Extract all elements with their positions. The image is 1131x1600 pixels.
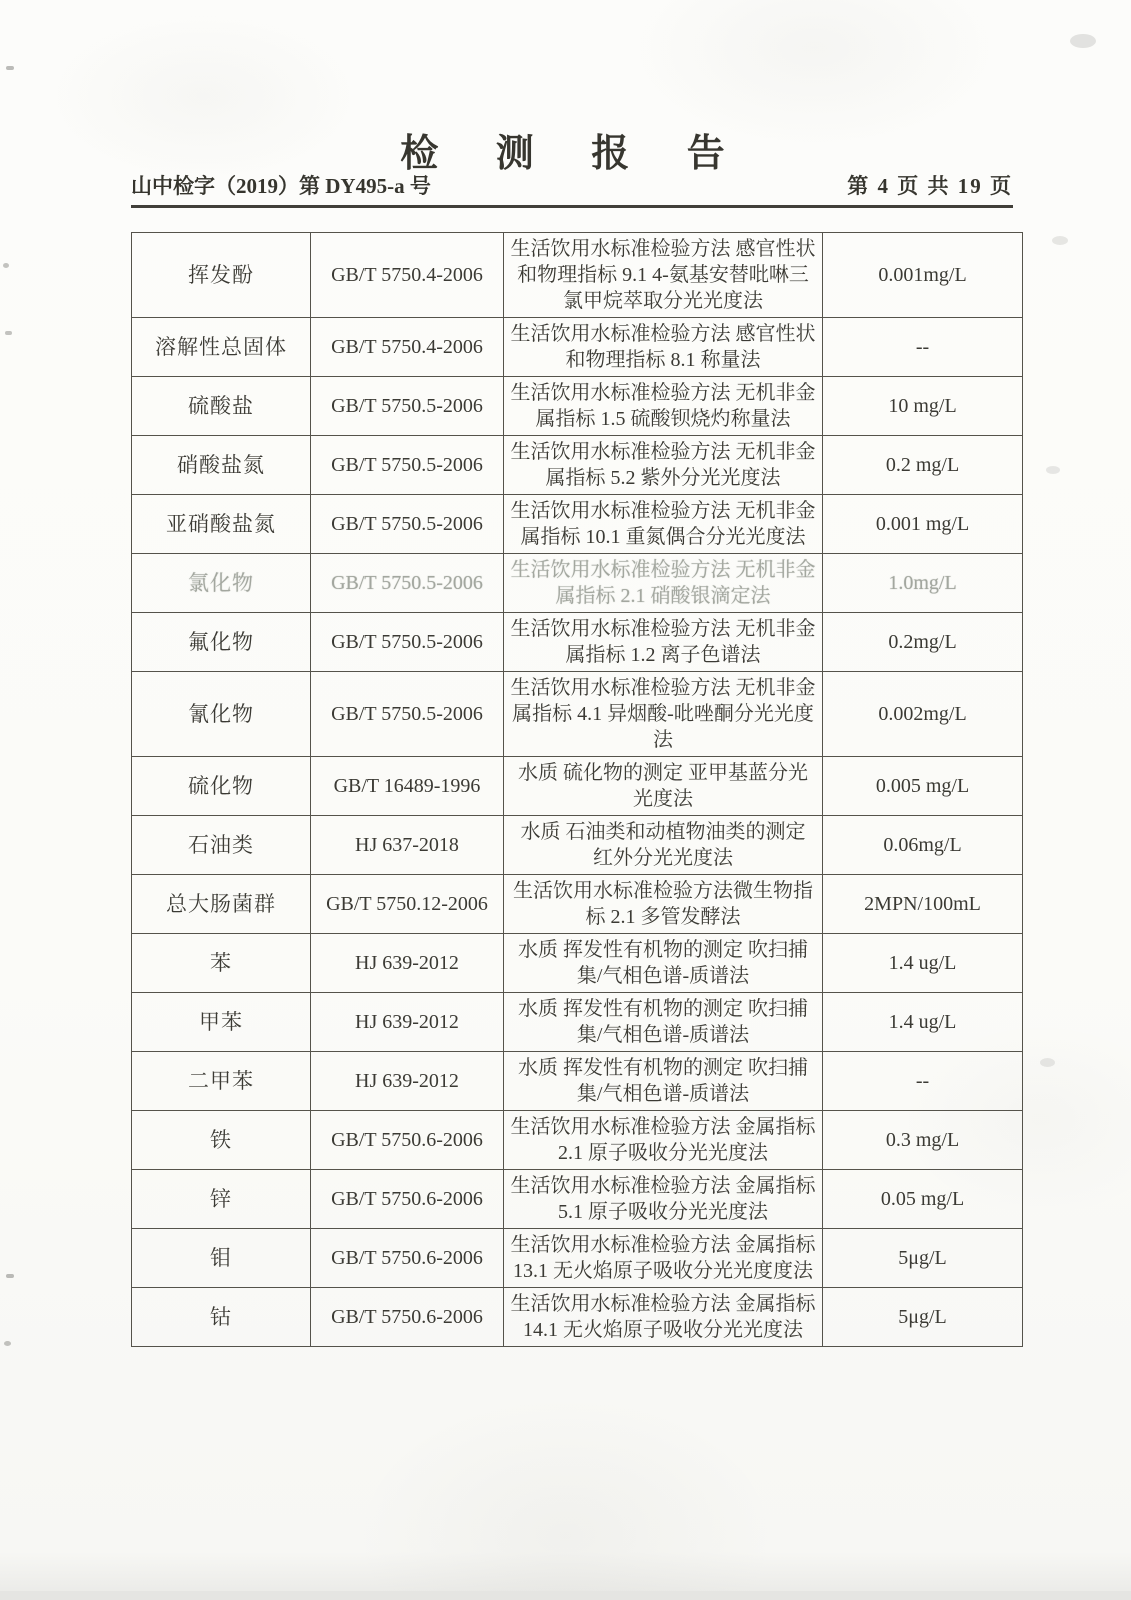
standard-number-cell: HJ 639-2012: [311, 993, 504, 1052]
detection-limit-cell: 0.001mg/L: [823, 233, 1023, 318]
standard-number-cell: HJ 637-2018: [311, 816, 504, 875]
table-row: 甲苯 HJ 639-2012 水质 挥发性有机物的测定 吹扫捕集/气相色谱-质谱…: [132, 993, 1023, 1052]
scan-artifact: [1040, 1058, 1055, 1067]
detection-limit-cell: --: [823, 318, 1023, 377]
table-row: 钼 GB/T 5750.6-2006 生活饮用水标准检验方法 金属指标 13.1…: [132, 1229, 1023, 1288]
standard-number-cell: GB/T 5750.5-2006: [311, 613, 504, 672]
parameter-name-cell: 锌: [132, 1170, 311, 1229]
table-row: 氟化物 GB/T 5750.5-2006 生活饮用水标准检验方法 无机非金属指标…: [132, 613, 1023, 672]
table-row: 溶解性总固体 GB/T 5750.4-2006 生活饮用水标准检验方法 感官性状…: [132, 318, 1023, 377]
test-method-cell: 生活饮用水标准检验方法微生物指标 2.1 多管发酵法: [504, 875, 823, 934]
test-results-table: 挥发酚 GB/T 5750.4-2006 生活饮用水标准检验方法 感官性状和物理…: [131, 232, 1023, 1347]
test-method-cell: 生活饮用水标准检验方法 金属指标 13.1 无火焰原子吸收分光光度度法: [504, 1229, 823, 1288]
standard-number-cell: GB/T 5750.6-2006: [311, 1170, 504, 1229]
test-method-cell: 生活饮用水标准检验方法 无机非金属指标 2.1 硝酸银滴定法: [504, 554, 823, 613]
test-method-cell: 生活饮用水标准检验方法 感官性状和物理指标 8.1 称量法: [504, 318, 823, 377]
detection-limit-cell: 5μg/L: [823, 1288, 1023, 1347]
parameter-name-cell: 氰化物: [132, 672, 311, 757]
table-row: 氰化物 GB/T 5750.5-2006 生活饮用水标准检验方法 无机非金属指标…: [132, 672, 1023, 757]
scan-artifact: [6, 66, 14, 70]
parameter-name-cell: 总大肠菌群: [132, 875, 311, 934]
parameter-name-cell: 溶解性总固体: [132, 318, 311, 377]
table-row: 锌 GB/T 5750.6-2006 生活饮用水标准检验方法 金属指标 5.1 …: [132, 1170, 1023, 1229]
standard-number-cell: GB/T 5750.4-2006: [311, 318, 504, 377]
scan-edge-shadow: [0, 1591, 1131, 1600]
table-row: 挥发酚 GB/T 5750.4-2006 生活饮用水标准检验方法 感官性状和物理…: [132, 233, 1023, 318]
test-method-cell: 水质 挥发性有机物的测定 吹扫捕集/气相色谱-质谱法: [504, 993, 823, 1052]
test-method-cell: 生活饮用水标准检验方法 无机非金属指标 1.5 硫酸钡烧灼称量法: [504, 377, 823, 436]
test-method-cell: 生活饮用水标准检验方法 感官性状和物理指标 9.1 4-氨基安替吡啉三氯甲烷萃取…: [504, 233, 823, 318]
standard-number-cell: GB/T 5750.5-2006: [311, 672, 504, 757]
scan-artifact: [1046, 466, 1060, 474]
parameter-name-cell: 硫酸盐: [132, 377, 311, 436]
test-method-cell: 生活饮用水标准检验方法 无机非金属指标 1.2 离子色谱法: [504, 613, 823, 672]
page-number-indicator: 第 4 页 共 19 页: [847, 170, 1013, 200]
parameter-name-cell: 氟化物: [132, 613, 311, 672]
parameter-name-cell: 亚硝酸盐氮: [132, 495, 311, 554]
standard-number-cell: GB/T 5750.5-2006: [311, 554, 504, 613]
test-method-cell: 生活饮用水标准检验方法 金属指标 5.1 原子吸收分光光度法: [504, 1170, 823, 1229]
detection-limit-cell: 1.0mg/L: [823, 554, 1023, 613]
detection-limit-cell: 0.2 mg/L: [823, 436, 1023, 495]
detection-limit-cell: 2MPN/100mL: [823, 875, 1023, 934]
table-row: 亚硝酸盐氮 GB/T 5750.5-2006 生活饮用水标准检验方法 无机非金属…: [132, 495, 1023, 554]
parameter-name-cell: 挥发酚: [132, 233, 311, 318]
detection-limit-cell: 0.005 mg/L: [823, 757, 1023, 816]
table-row: 硫酸盐 GB/T 5750.5-2006 生活饮用水标准检验方法 无机非金属指标…: [132, 377, 1023, 436]
standard-number-cell: GB/T 5750.12-2006: [311, 875, 504, 934]
standard-number-cell: HJ 639-2012: [311, 1052, 504, 1111]
test-method-cell: 生活饮用水标准检验方法 金属指标 14.1 无火焰原子吸收分光光度法: [504, 1288, 823, 1347]
table-row: 铁 GB/T 5750.6-2006 生活饮用水标准检验方法 金属指标 2.1 …: [132, 1111, 1023, 1170]
standard-number-cell: GB/T 5750.6-2006: [311, 1111, 504, 1170]
scan-artifact: [3, 263, 9, 268]
table-row: 石油类 HJ 637-2018 水质 石油类和动植物油类的测定 红外分光光度法 …: [132, 816, 1023, 875]
standard-number-cell: GB/T 5750.5-2006: [311, 436, 504, 495]
detection-limit-cell: 0.001 mg/L: [823, 495, 1023, 554]
parameter-name-cell: 铁: [132, 1111, 311, 1170]
standard-number-cell: GB/T 5750.5-2006: [311, 495, 504, 554]
test-method-cell: 生活饮用水标准检验方法 金属指标 2.1 原子吸收分光光度法: [504, 1111, 823, 1170]
parameter-name-cell: 硫化物: [132, 757, 311, 816]
scan-artifact: [4, 1341, 11, 1346]
standard-number-cell: GB/T 5750.4-2006: [311, 233, 504, 318]
table-row: 苯 HJ 639-2012 水质 挥发性有机物的测定 吹扫捕集/气相色谱-质谱法…: [132, 934, 1023, 993]
test-method-cell: 生活饮用水标准检验方法 无机非金属指标 10.1 重氮偶合分光光度法: [504, 495, 823, 554]
scan-artifact: [1070, 34, 1096, 48]
detection-limit-cell: 5μg/L: [823, 1229, 1023, 1288]
detection-limit-cell: 0.06mg/L: [823, 816, 1023, 875]
parameter-name-cell: 氯化物: [132, 554, 311, 613]
detection-limit-cell: 0.05 mg/L: [823, 1170, 1023, 1229]
results-table-body: 挥发酚 GB/T 5750.4-2006 生活饮用水标准检验方法 感官性状和物理…: [132, 233, 1023, 1347]
parameter-name-cell: 甲苯: [132, 993, 311, 1052]
standard-number-cell: GB/T 5750.6-2006: [311, 1229, 504, 1288]
parameter-name-cell: 钼: [132, 1229, 311, 1288]
table-row: 总大肠菌群 GB/T 5750.12-2006 生活饮用水标准检验方法微生物指标…: [132, 875, 1023, 934]
report-page: 检 测 报 告 山中检字（2019）第 DY495-a 号 第 4 页 共 19…: [0, 0, 1131, 1600]
test-method-cell: 生活饮用水标准检验方法 无机非金属指标 4.1 异烟酸-吡唑酮分光光度法: [504, 672, 823, 757]
scan-artifact: [6, 1274, 14, 1278]
report-header: 山中检字（2019）第 DY495-a 号 第 4 页 共 19 页: [131, 170, 1013, 208]
test-method-cell: 水质 挥发性有机物的测定 吹扫捕集/气相色谱-质谱法: [504, 1052, 823, 1111]
scan-artifact: [5, 331, 12, 335]
parameter-name-cell: 二甲苯: [132, 1052, 311, 1111]
document-number: 山中检字（2019）第 DY495-a 号: [131, 170, 431, 200]
test-method-cell: 水质 石油类和动植物油类的测定 红外分光光度法: [504, 816, 823, 875]
detection-limit-cell: --: [823, 1052, 1023, 1111]
parameter-name-cell: 钴: [132, 1288, 311, 1347]
detection-limit-cell: 0.3 mg/L: [823, 1111, 1023, 1170]
table-row: 氯化物 GB/T 5750.5-2006 生活饮用水标准检验方法 无机非金属指标…: [132, 554, 1023, 613]
test-method-cell: 生活饮用水标准检验方法 无机非金属指标 5.2 紫外分光光度法: [504, 436, 823, 495]
table-row: 钴 GB/T 5750.6-2006 生活饮用水标准检验方法 金属指标 14.1…: [132, 1288, 1023, 1347]
table-row: 硫化物 GB/T 16489-1996 水质 硫化物的测定 亚甲基蓝分光光度法 …: [132, 757, 1023, 816]
standard-number-cell: HJ 639-2012: [311, 934, 504, 993]
scan-artifact: [1052, 236, 1068, 245]
detection-limit-cell: 0.002mg/L: [823, 672, 1023, 757]
parameter-name-cell: 苯: [132, 934, 311, 993]
standard-number-cell: GB/T 5750.6-2006: [311, 1288, 504, 1347]
detection-limit-cell: 1.4 ug/L: [823, 993, 1023, 1052]
parameter-name-cell: 石油类: [132, 816, 311, 875]
detection-limit-cell: 10 mg/L: [823, 377, 1023, 436]
detection-limit-cell: 1.4 ug/L: [823, 934, 1023, 993]
table-row: 硝酸盐氮 GB/T 5750.5-2006 生活饮用水标准检验方法 无机非金属指…: [132, 436, 1023, 495]
page-title: 检 测 报 告: [0, 122, 1131, 177]
test-method-cell: 水质 挥发性有机物的测定 吹扫捕集/气相色谱-质谱法: [504, 934, 823, 993]
standard-number-cell: GB/T 16489-1996: [311, 757, 504, 816]
test-method-cell: 水质 硫化物的测定 亚甲基蓝分光光度法: [504, 757, 823, 816]
standard-number-cell: GB/T 5750.5-2006: [311, 377, 504, 436]
detection-limit-cell: 0.2mg/L: [823, 613, 1023, 672]
table-row: 二甲苯 HJ 639-2012 水质 挥发性有机物的测定 吹扫捕集/气相色谱-质…: [132, 1052, 1023, 1111]
parameter-name-cell: 硝酸盐氮: [132, 436, 311, 495]
